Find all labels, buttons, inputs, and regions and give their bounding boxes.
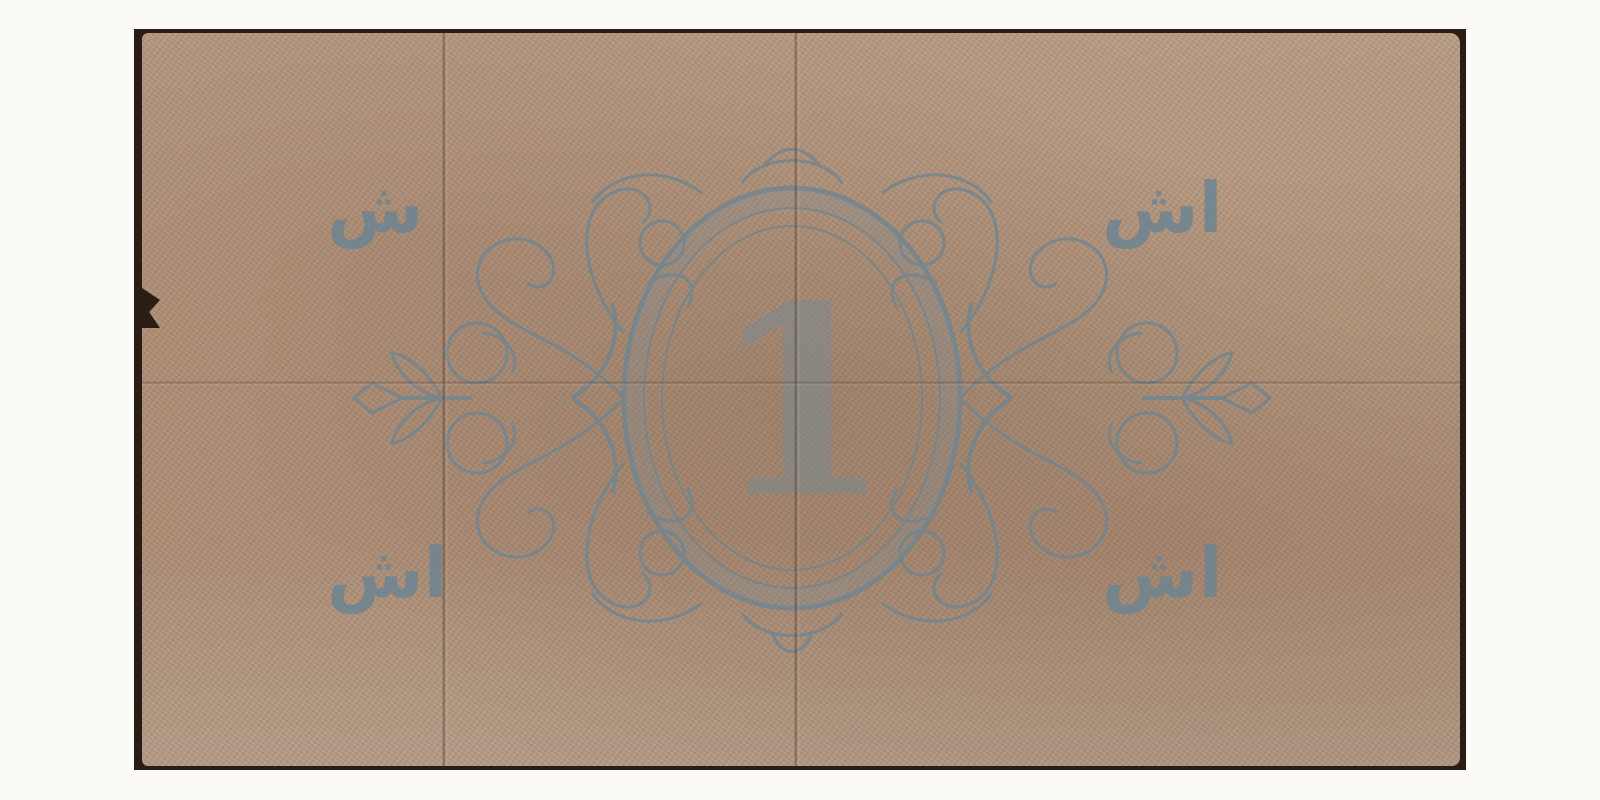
corner-text-top-left: ش <box>327 173 424 243</box>
fold-crease-horizontal <box>142 381 1460 386</box>
banknote-scan-frame: 1 ش اش اش اش <box>134 29 1466 770</box>
fold-crease-center <box>794 33 800 766</box>
fold-crease-left <box>442 33 448 766</box>
corner-text-bottom-right: اش <box>1102 538 1223 608</box>
banknote-reverse: 1 ش اش اش اش <box>142 33 1460 766</box>
corner-text-bottom-left: اش <box>327 538 448 608</box>
corner-text-top-right: اش <box>1102 173 1223 243</box>
denomination-numeral: 1 <box>702 253 902 553</box>
